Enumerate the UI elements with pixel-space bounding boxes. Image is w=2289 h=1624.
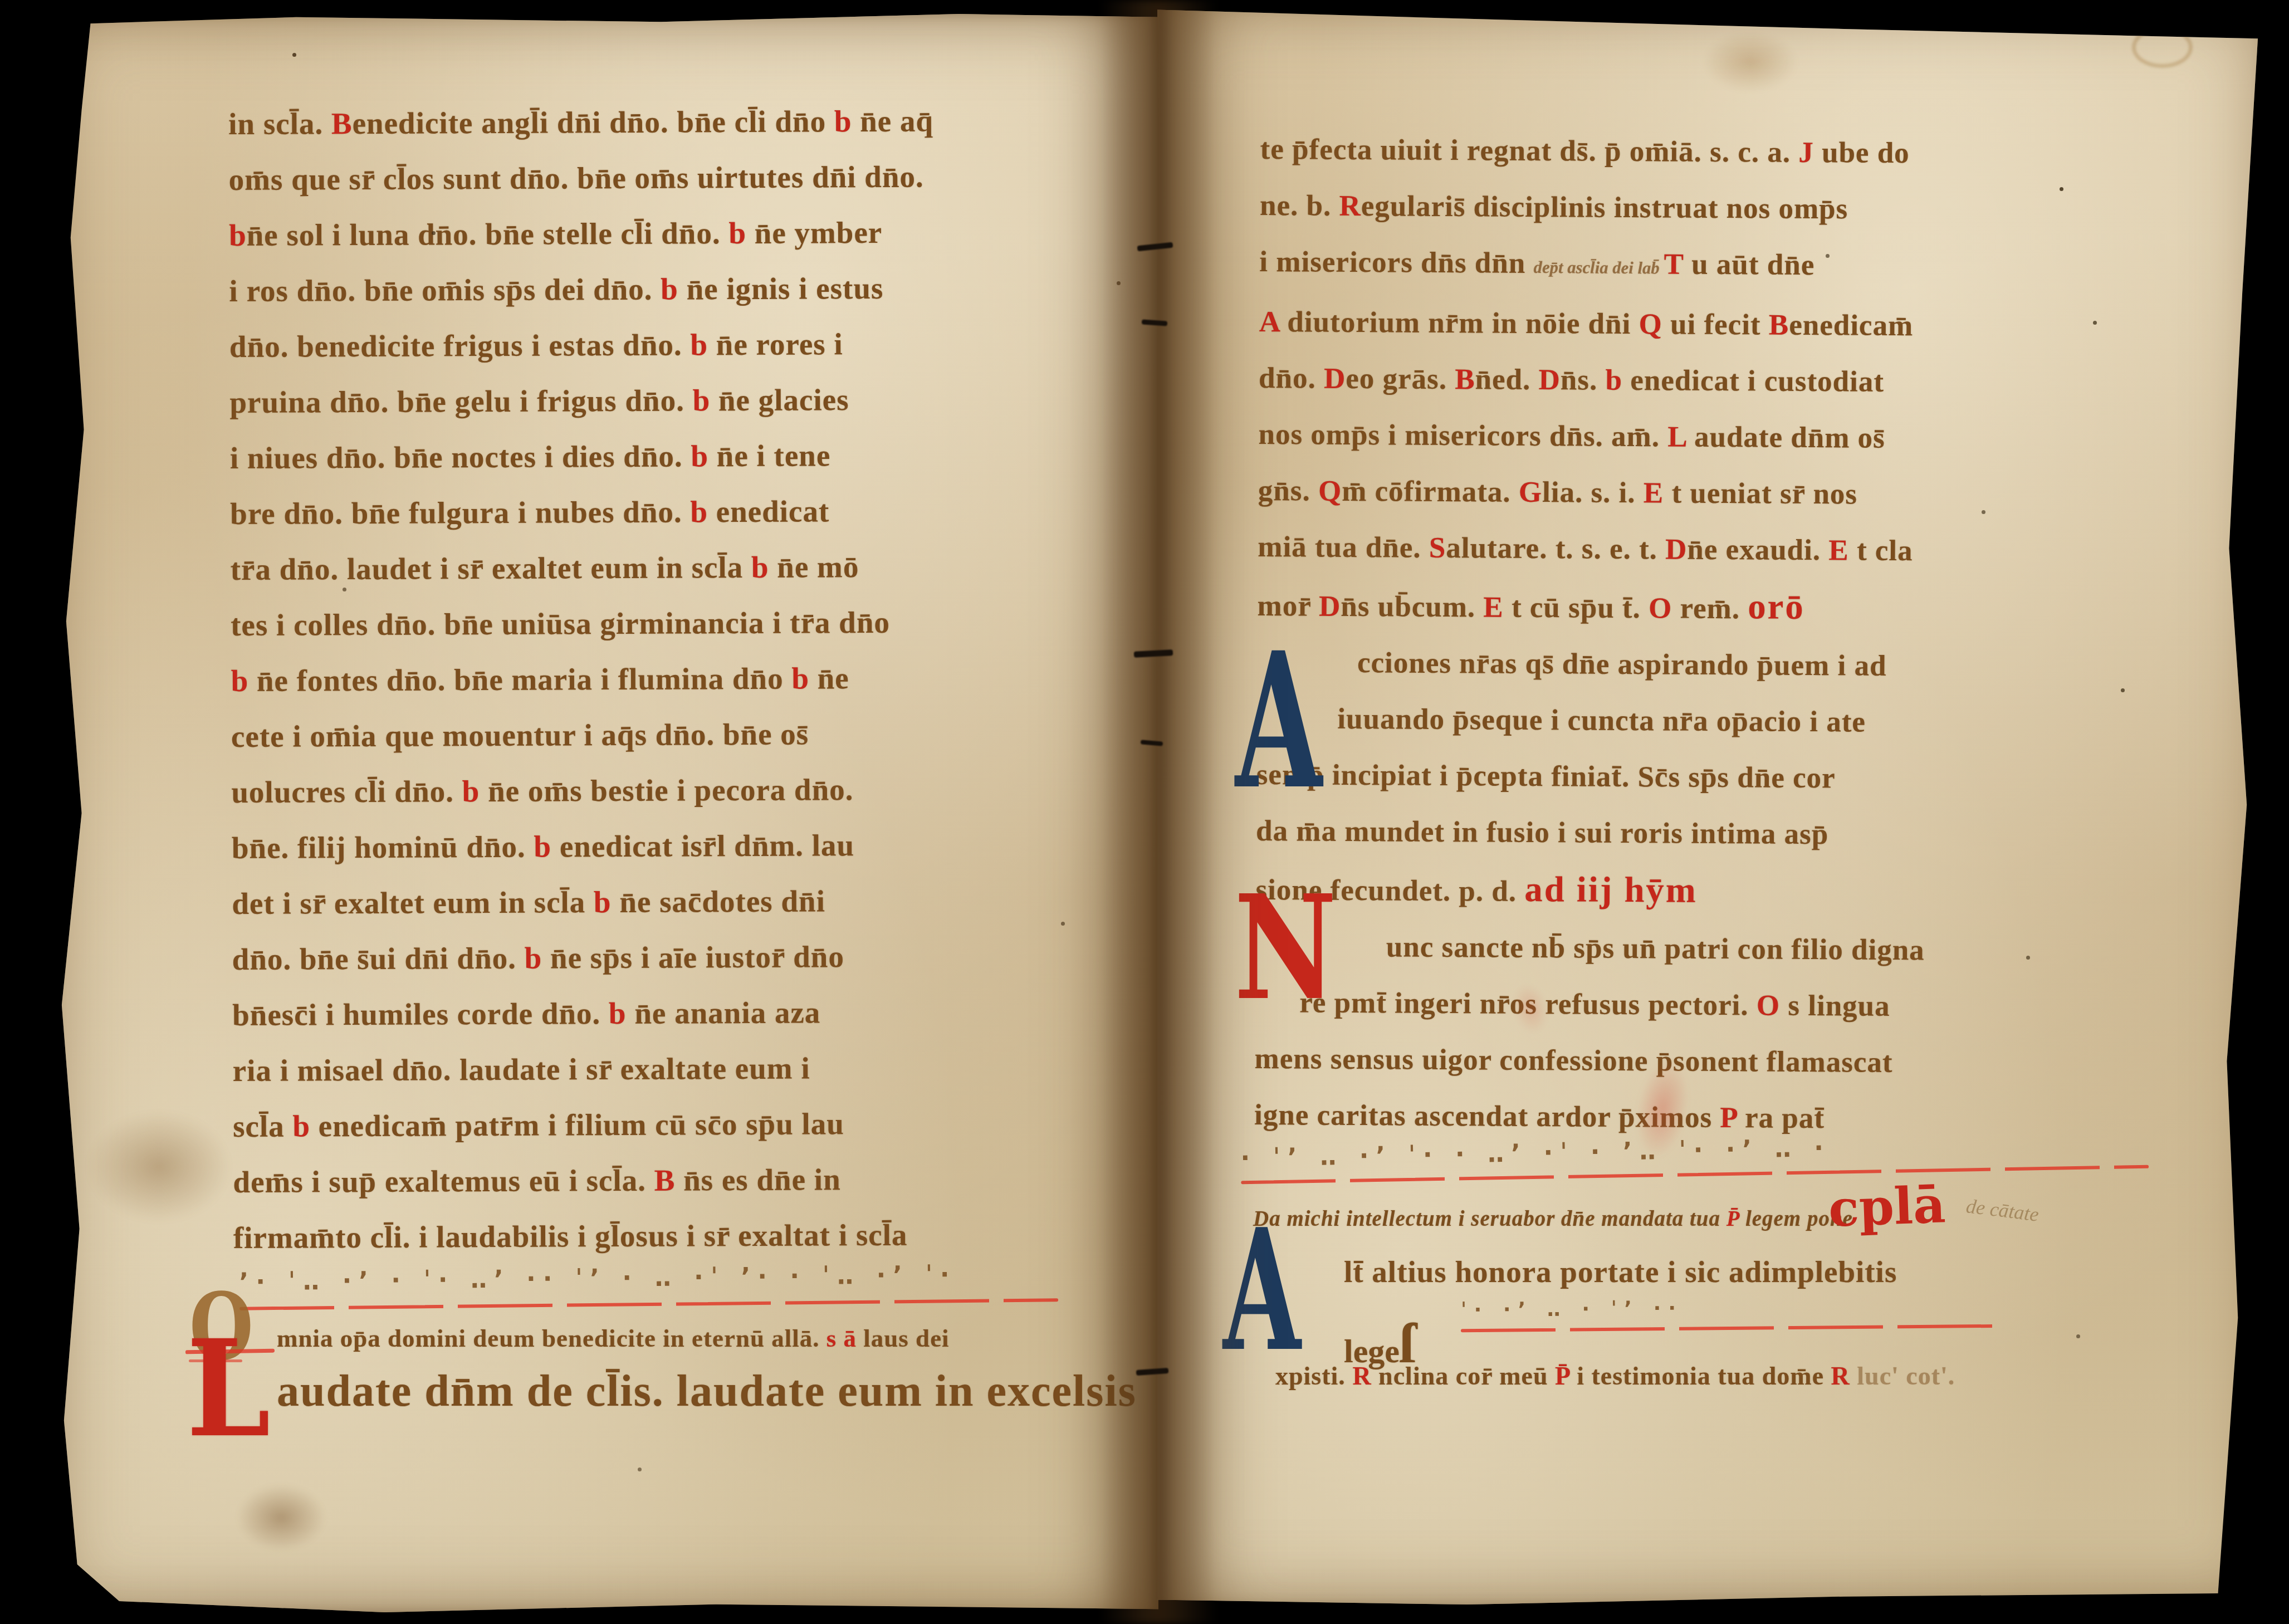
manuscript-text-line: firmam̄to cl̄i. i laudabilis i gl̄osus i… bbox=[233, 1206, 1147, 1266]
right-parchment-page: te p̄fecta uiuit i regnat ds̄. p̄ om̄iā.… bbox=[1157, 3, 2264, 1606]
manuscript-text-line: b n̄e fontes dn̄o. bn̄e maria i flumina … bbox=[231, 649, 1144, 709]
illuminated-initial-l: L bbox=[187, 1335, 271, 1444]
rubric-text: b bbox=[609, 996, 627, 1030]
ink-text: nclina cor̄ meū bbox=[1372, 1362, 1555, 1390]
ink-text: audate dn̄m os̄ bbox=[1686, 421, 1885, 454]
rubric-text: b bbox=[231, 664, 248, 698]
capitula-rubric: cplā bbox=[1827, 1175, 1946, 1238]
manuscript-text-line: nos omp̄s i misericors dn̄s. am̄. L auda… bbox=[1258, 407, 2217, 469]
ink-text: dem̄s i sup̄ exaltemus eū i scl̄a. bbox=[233, 1163, 654, 1199]
ink-text: xpisti. bbox=[1275, 1362, 1352, 1390]
ink-text: luc' cot'. bbox=[1850, 1362, 1955, 1390]
ink-text: s lingua bbox=[1780, 990, 1890, 1023]
manuscript-text-line: bn̄e sol i luna dn̄o. bn̄e stelle cl̄i d… bbox=[229, 204, 1142, 263]
rubric-text: B bbox=[331, 106, 353, 140]
rubric-text: b bbox=[690, 495, 708, 529]
rubric-text: A bbox=[1259, 306, 1280, 338]
rubric-text: b bbox=[751, 550, 769, 584]
music-notation-line: · ˈʼ ‥ ·ʼ ˈ· · ‥ʼ ·ˈ · ʼ‥ ˈ· ·ʼ ‥ · bbox=[1240, 1132, 2149, 1203]
left-parchment-page: in scl̄a. Benedicite angl̄i dn̄i dn̄o. b… bbox=[53, 14, 1158, 1612]
rubric-text: R bbox=[1339, 190, 1361, 222]
manuscript-text-line: unc sancte nb̄ sp̄s un̄ patri con filio … bbox=[1386, 919, 2214, 980]
manuscript-text-line: da m̄a mundet in fusio i sui roris intim… bbox=[1256, 803, 2214, 865]
ink-text: i niues dn̄o. bn̄e noctes i dies dn̄o. bbox=[230, 439, 691, 475]
ink-text: rem̄. bbox=[1672, 593, 1748, 625]
ink-text: n̄s. bbox=[1561, 364, 1606, 396]
ink-text: in scl̄a. bbox=[228, 106, 331, 141]
ink-text: uolucres cl̄i dn̄o. bbox=[231, 774, 462, 809]
ink-text: miā tua dn̄e. bbox=[1258, 531, 1429, 564]
ink-text: enedicat isr̄l dn̄m. lau bbox=[551, 828, 854, 863]
rubric-text: Q bbox=[1639, 308, 1662, 340]
rubric-text: E bbox=[1828, 534, 1849, 566]
ink-text: bre dn̄o. bn̄e fulgura i nubes dn̄o. bbox=[230, 495, 690, 531]
capitulum-cue-line: Da michi intellectum i seruabor dn̄e man… bbox=[1253, 1206, 1853, 1231]
rubric-text: P bbox=[1720, 1102, 1737, 1134]
ink-text: iuuando p̄seque i cuncta nr̄a op̄acio i … bbox=[1337, 703, 1866, 738]
ink-text: ne. b. bbox=[1260, 189, 1339, 222]
ink-text: n̄e exaudi. bbox=[1687, 534, 1828, 567]
ink-text: m̄ cōfirmata. bbox=[1342, 475, 1519, 508]
antiphon-line: mnia op̄a domini deum benedicite in eter… bbox=[277, 1324, 950, 1353]
ink-text: gn̄s. bbox=[1258, 475, 1318, 507]
ink-text: enedicam̄ bbox=[1789, 309, 1913, 342]
ink-text: n̄e glacies bbox=[710, 383, 849, 417]
rubric-text: R bbox=[1352, 1362, 1371, 1390]
manuscript-text-line: mens sensus uigor confessione p̄sonent f… bbox=[1254, 1031, 2213, 1093]
ink-text: igne caritas ascendat ardor p̄ximos bbox=[1254, 1099, 1720, 1134]
manuscript-text-line: te p̄fecta uiuit i regnat ds̄. p̄ om̄iā.… bbox=[1260, 121, 2218, 184]
ink-text: unc sancte nb̄ sp̄s un̄ patri con filio … bbox=[1386, 931, 1925, 966]
rubric-text: b bbox=[690, 327, 708, 361]
left-text-block: in scl̄a. Benedicite angl̄i dn̄i dn̄o. b… bbox=[228, 92, 1147, 1266]
rubric-text: b bbox=[525, 941, 542, 975]
ink-text: mens sensus uigor confessione p̄sonent f… bbox=[1255, 1043, 1893, 1079]
rubric-text: b bbox=[594, 885, 612, 919]
ink-text: cciones nr̄as qs̄ dn̄e aspirando p̄uem i… bbox=[1357, 647, 1887, 682]
rubric-text: S bbox=[1429, 532, 1446, 564]
ink-text: n̄e ignis i estus bbox=[678, 271, 884, 306]
manuscript-text-line: gn̄s. Qm̄ cōfirmata. Glia. s. i. E t uen… bbox=[1258, 463, 2217, 525]
ink-text: t cla bbox=[1849, 534, 1913, 567]
ink-text: ube do bbox=[1814, 136, 1910, 169]
rubric-text: b bbox=[691, 439, 708, 473]
manuscript-photo: in scl̄a. Benedicite angl̄i dn̄i dn̄o. b… bbox=[0, 0, 2289, 1624]
ink-text: ra pat̄ bbox=[1737, 1102, 1825, 1134]
manuscript-text-line: dn̄o. Deo grās. Bn̄ed. Dn̄s. b enedicat … bbox=[1259, 350, 2217, 413]
ink-text: dep̄t ascl̄ia dei lab̄ bbox=[1533, 258, 1664, 277]
rubric-text: B bbox=[1769, 309, 1789, 341]
rubric-text: G bbox=[1519, 476, 1543, 508]
ink-text: n̄e ymber bbox=[746, 216, 882, 250]
ink-text: om̄s que sr̄ cl̄os sunt dn̄o. bn̄e om̄s … bbox=[229, 160, 924, 197]
rubric-text: b bbox=[1605, 364, 1622, 397]
ink-text: n̄s ub̄cum. bbox=[1341, 590, 1483, 624]
ink-text: i ros dn̄o. bn̄e om̄is sp̄s dei dn̄o. bbox=[229, 272, 661, 308]
illuminated-initial-a: A bbox=[1235, 645, 1322, 798]
laudate-incipit-line: audate dn̄m de cl̄is. laudate eum in exc… bbox=[277, 1366, 1137, 1417]
ink-text: egularis̄ disciplinis instruat nos omp̄s bbox=[1361, 190, 1848, 225]
rubric-text: s ā bbox=[826, 1324, 857, 1352]
ink-text: n̄e rores i bbox=[708, 327, 843, 361]
ink-text: dn̄o. bn̄e s̄ui dn̄i dn̄o. bbox=[232, 941, 525, 976]
rubric-text: orō bbox=[1748, 586, 1805, 627]
ink-text: te p̄fecta uiuit i regnat ds̄. p̄ om̄iā.… bbox=[1260, 133, 1799, 169]
neume-marks: ʼ· ˈ‥ ·ʼ · ˈ· ‥ʼ ·· ˈʼ · ‥ ·ˈ ʼ· · ˈ‥ ·ʼ… bbox=[239, 1260, 956, 1296]
manuscript-text-line: in scl̄a. Benedicite angl̄i dn̄i dn̄o. b… bbox=[228, 92, 1142, 152]
ink-text: n̄e sp̄s i aīe iustor̄ dn̄o bbox=[542, 940, 844, 975]
ink-text: enedicat i custodiat bbox=[1622, 364, 1884, 398]
ink-text: tes i colles dn̄o. bn̄e uniūsa girminanc… bbox=[231, 605, 890, 642]
rubric-text: b bbox=[728, 216, 746, 250]
parchment-stain bbox=[237, 1484, 326, 1551]
rubric-text: b bbox=[462, 774, 480, 808]
manuscript-text-line: tr̄a dn̄o. laudet i sr̄ exaltet eum in s… bbox=[230, 538, 1143, 598]
manuscript-text-line: mor̄ Dn̄s ub̄cum. E t cū sp̄u t̄. O rem̄… bbox=[1257, 575, 2215, 640]
manuscript-text-line: dn̄o. benedicite frigus i estas dn̄o. b … bbox=[229, 315, 1143, 375]
manuscript-text-line: dem̄s i sup̄ exaltemus eū i scl̄a. B n̄s… bbox=[233, 1151, 1146, 1210]
manuscript-text-line: iuuando p̄seque i cuncta nr̄a op̄acio i … bbox=[1337, 691, 2215, 753]
rubric-text: R bbox=[1831, 1362, 1850, 1390]
parchment-stain bbox=[86, 1111, 231, 1222]
ring-stain bbox=[2132, 27, 2193, 68]
ink-text: n̄ed. bbox=[1475, 363, 1539, 396]
capitulum-text-line: lt̄ altius honora portate i sic adimpleb… bbox=[1344, 1254, 1897, 1289]
rubric-text: b bbox=[661, 272, 678, 306]
ink-text: ria i misael dn̄o. laudate i sr̄ exaltat… bbox=[233, 1051, 810, 1088]
rubric-text: D bbox=[1665, 533, 1688, 565]
manuscript-text-line: cete i om̄ia que mouentur i aq̄s dn̄o. b… bbox=[231, 705, 1144, 765]
ink-text: bn̄e. filij hominū dn̄o. bbox=[232, 830, 534, 865]
ink-text: n̄e anania aza bbox=[626, 995, 820, 1030]
manuscript-text-line: det i sr̄ exaltet eum in scl̄a b n̄e sac… bbox=[232, 872, 1145, 932]
rubric-text: b bbox=[229, 218, 247, 252]
ink-text: enedicat bbox=[708, 494, 830, 529]
manuscript-text-line: om̄s que sr̄ cl̄os sunt dn̄o. bn̄e om̄s … bbox=[228, 148, 1142, 208]
ink-text: ui fecit bbox=[1662, 308, 1769, 341]
right-text-block: te p̄fecta uiuit i regnat ds̄. p̄ om̄iā.… bbox=[1254, 121, 2218, 1149]
rubric-text: J bbox=[1798, 136, 1814, 169]
rubric-text: O bbox=[1649, 592, 1672, 624]
ink-text: eo grās. bbox=[1346, 363, 1455, 395]
ink-text: semp̄ incipiat i p̄cepta finiat̄. Sc̄s s… bbox=[1256, 759, 1836, 794]
manuscript-text-line: uolucres cl̄i dn̄o. b n̄e om̄s bestie i … bbox=[231, 761, 1144, 820]
ink-specks bbox=[2060, 187, 2063, 191]
manuscript-text-line: bn̄e. filij hominū dn̄o. b enedicat isr̄… bbox=[232, 816, 1145, 876]
ink-text: n̄e bbox=[809, 661, 849, 695]
rubric-text: b bbox=[692, 383, 710, 417]
rubric-text: b bbox=[834, 104, 852, 138]
rubric-text: Q bbox=[1318, 475, 1342, 507]
ink-text: re pmt̄ ingeri nr̄os refusus pectori. bbox=[1299, 986, 1757, 1021]
rubric-text: P̄ bbox=[1555, 1362, 1570, 1390]
manuscript-text-line: pruina dn̄o. bn̄e gelu i frigus dn̄o. b … bbox=[229, 371, 1143, 431]
manuscript-text-line: tes i colles dn̄o. bn̄e uniūsa girminanc… bbox=[231, 594, 1144, 653]
ink-text: dn̄o. bbox=[1259, 362, 1324, 395]
rubric-text: b bbox=[292, 1109, 310, 1143]
ink-text: i testimonia tua dom̄e bbox=[1570, 1362, 1831, 1390]
ink-text: t ueniat sr̄ nos bbox=[1664, 477, 1857, 510]
manuscript-text-line: scl̄a b enedicam̄ patr̄m i filium cū sc̄… bbox=[233, 1095, 1146, 1155]
ink-text: scl̄a bbox=[233, 1109, 293, 1143]
ink-text: audate dn̄m de cl̄is. laudate eum in exc… bbox=[277, 1367, 1137, 1416]
ink-text: Da michi intellectum i seruabor dn̄e man… bbox=[1253, 1207, 1726, 1231]
ink-text: n̄e sol i luna dn̄o. bn̄e stelle cl̄i dn… bbox=[247, 216, 729, 252]
parchment-stain bbox=[1703, 31, 1798, 92]
ink-text: bn̄esc̄i i humiles corde dn̄o. bbox=[232, 996, 609, 1032]
ink-text: laus dei bbox=[857, 1324, 950, 1352]
manuscript-text-line: bn̄esc̄i i humiles corde dn̄o. b n̄e ana… bbox=[232, 984, 1146, 1043]
ink-text: enedicam̄ patr̄m i filium cū sc̄o sp̄u l… bbox=[310, 1107, 844, 1143]
ink-text: cete i om̄ia que mouentur i aq̄s dn̄o. b… bbox=[231, 717, 809, 754]
ink-text: alutare. t. s. e. t. bbox=[1446, 532, 1665, 565]
manuscript-text-line: bre dn̄o. bn̄e fulgura i nubes dn̄o. b e… bbox=[230, 482, 1143, 542]
manuscript-text-line: re pmt̄ ingeri nr̄os refusus pectori. O … bbox=[1299, 975, 2213, 1036]
ink-text: pruina dn̄o. bn̄e gelu i frigus dn̄o. bbox=[229, 383, 692, 419]
ink-text: dn̄o. benedicite frigus i estas dn̄o. bbox=[229, 327, 691, 364]
responsory-line: xpisti. R nclina cor̄ meū P̄ i testimoni… bbox=[1275, 1361, 1955, 1391]
ink-text: i misericors dn̄s dn̄n bbox=[1259, 246, 1534, 280]
manuscript-text-line: i misericors dn̄s dn̄n dep̄t ascl̄ia dei… bbox=[1259, 234, 2218, 300]
rubric-text: B bbox=[1455, 363, 1475, 395]
neume-marks: ˈ· ·ʼ ‥ · ˈʼ ·· bbox=[1460, 1297, 1683, 1322]
ink-text: enedicite angl̄i dn̄i dn̄o. bn̄e cl̄i dn… bbox=[352, 104, 834, 140]
manuscript-text-line: sione fecundet. p. d. ad iij hȳm bbox=[1255, 859, 2214, 924]
music-staff-line bbox=[1461, 1324, 2007, 1333]
manuscript-text-line: ria i misael dn̄o. laudate i sr̄ exaltat… bbox=[232, 1039, 1146, 1099]
rubric-text: b bbox=[534, 829, 551, 863]
rubric-text: D bbox=[1324, 363, 1346, 395]
manuscript-text-line: cciones nr̄as qs̄ dn̄e aspirando p̄uem i… bbox=[1357, 635, 2215, 696]
manuscript-text-line: ne. b. Regularis̄ disciplinis instruat n… bbox=[1260, 178, 2218, 240]
ink-text: mnia op̄a domini deum benedicite in eter… bbox=[277, 1324, 826, 1352]
rubric-text: L bbox=[1667, 420, 1686, 453]
ink-text: det i sr̄ exaltet eum in scl̄a bbox=[232, 885, 594, 921]
music-staff-line bbox=[239, 1298, 1058, 1310]
ink-text: n̄e mō bbox=[769, 550, 859, 584]
ink-text: n̄e i tene bbox=[708, 438, 831, 473]
music-notation-line: ˈ· ·ʼ ‥ · ˈʼ ·· bbox=[1461, 1305, 2007, 1361]
rubric-text: E bbox=[1483, 591, 1504, 623]
ink-text: n̄e sac̄dotes dn̄i bbox=[611, 884, 825, 919]
manuscript-text-line: A diutorium nr̄m in nōie dn̄i Q ui fecit… bbox=[1259, 294, 2217, 356]
manuscript-text-line: i niues dn̄o. bn̄e noctes i dies dn̄o. b… bbox=[230, 427, 1143, 486]
music-notation-line: ʼ· ˈ‥ ·ʼ · ˈ· ‥ʼ ·· ˈʼ · ‥ ·ˈ ʼ· · ˈ‥ ·ʼ… bbox=[239, 1264, 1059, 1328]
ink-text: t cū sp̄u t̄. bbox=[1504, 591, 1649, 625]
manuscript-text-line: i ros dn̄o. bn̄e om̄is sp̄s dei dn̄o. b … bbox=[229, 260, 1142, 319]
ink-text: diutorium nr̄m in nōie dn̄i bbox=[1279, 306, 1639, 340]
ink-text: lt̄ altius honora portate i sic adimpleb… bbox=[1344, 1255, 1897, 1289]
rubric-text: ad iij hȳm bbox=[1524, 869, 1698, 910]
rubric-text: B bbox=[654, 1163, 676, 1197]
ink-text: lia. s. i. bbox=[1542, 476, 1644, 509]
rubric-text: D bbox=[1539, 364, 1561, 396]
ink-specks bbox=[292, 53, 296, 57]
ink-text: u aūt dn̄e bbox=[1684, 248, 1815, 281]
ink-text: tr̄a dn̄o. laudet i sr̄ exaltet eum in s… bbox=[231, 550, 751, 586]
ink-text: n̄s es dn̄e in bbox=[675, 1162, 841, 1197]
ink-text: n̄e fontes dn̄o. bn̄e maria i flumina dn… bbox=[248, 662, 791, 698]
rubric-text: b bbox=[791, 661, 809, 695]
manuscript-text-line: miā tua dn̄e. Salutare. t. s. e. t. Dn̄e… bbox=[1258, 519, 2216, 581]
manuscript-text-line: dn̄o. bn̄e s̄ui dn̄i dn̄o. b n̄e sp̄s i … bbox=[232, 928, 1146, 987]
marginal-note: de cātate bbox=[1965, 1194, 2040, 1226]
manuscript-text-line: semp̄ incipiat i p̄cepta finiat̄. Sc̄s s… bbox=[1256, 747, 2215, 809]
ink-text: n̄e om̄s bestie i pecora dn̄o. bbox=[480, 772, 853, 808]
rubric-text: T bbox=[1664, 248, 1684, 280]
illuminated-initial-a: A bbox=[1223, 1222, 1301, 1359]
ink-text: n̄e aq̄ bbox=[852, 104, 933, 138]
rubric-text: P̄ bbox=[1726, 1207, 1739, 1231]
ink-text: nos omp̄s i misericors dn̄s. am̄. bbox=[1258, 418, 1667, 453]
illuminated-initial-n: N bbox=[1234, 889, 1337, 1007]
ink-text: firmam̄to cl̄i. i laudabilis i gl̄osus i… bbox=[233, 1218, 908, 1255]
ink-text: da m̄a mundet in fusio i sui roris intim… bbox=[1256, 815, 1828, 850]
rubric-text: E bbox=[1644, 477, 1664, 509]
rubric-text: O bbox=[1757, 989, 1781, 1021]
